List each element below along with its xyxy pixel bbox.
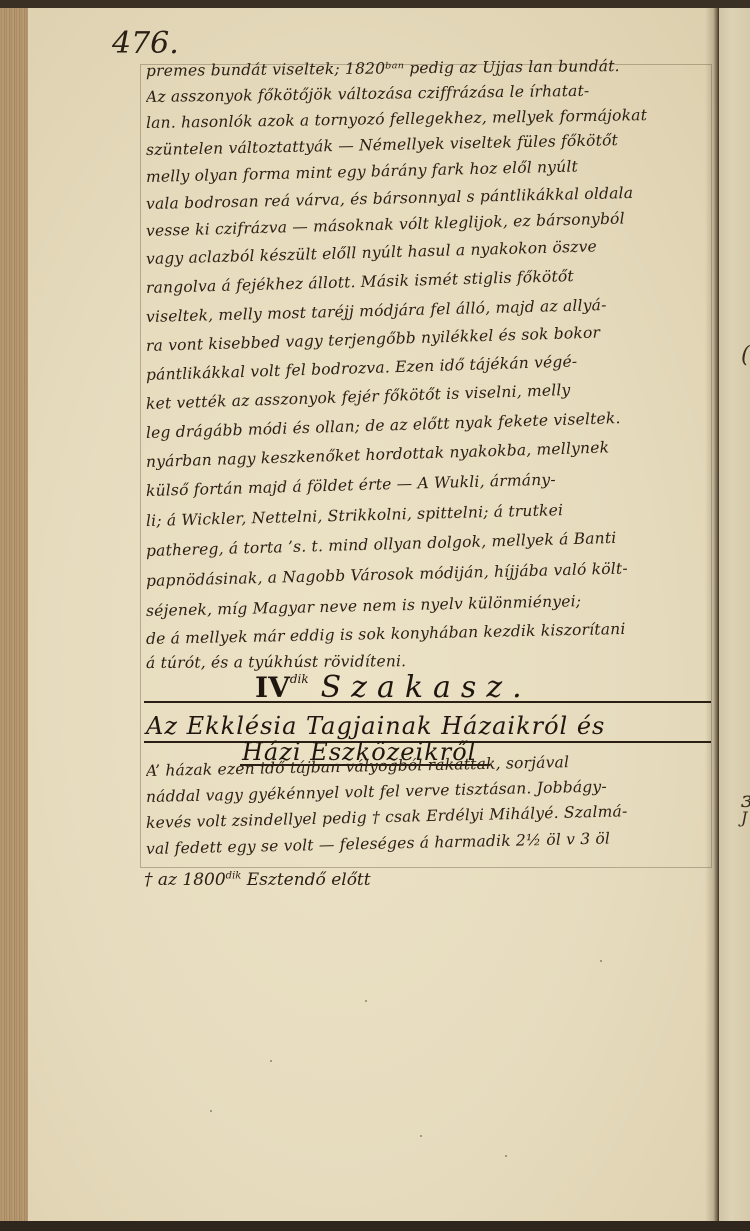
paper-speck: [210, 1110, 212, 1112]
paper-speck: [365, 1000, 367, 1002]
section-number: IV: [255, 671, 290, 704]
facing-page-mark: J: [741, 808, 747, 827]
section-word: Szakasz.: [321, 670, 532, 705]
book-top-edge: [0, 0, 750, 8]
footnote: † az 1800dik Esztendő előtt: [144, 870, 371, 890]
footnote-marker: †: [144, 870, 153, 890]
heading-rule: [144, 701, 711, 703]
facing-page-mark: (: [741, 343, 750, 368]
paper-speck: [600, 960, 602, 962]
paper-speck: [270, 1060, 272, 1062]
paper-speck: [505, 1155, 507, 1157]
section-number-suffix: dik: [290, 672, 309, 686]
footnote-suffix: dik: [226, 870, 242, 881]
section-heading: IVdikSzakasz.: [255, 670, 532, 705]
paper-speck: [420, 1135, 422, 1137]
footnote-text: az 1800: [158, 870, 226, 890]
book-bottom-edge: [0, 1221, 750, 1231]
page-number: 476.: [112, 26, 179, 61]
section-title-line-1: Az Ekklésia Tagjainak Házaikról és: [146, 712, 716, 740]
footnote-text-after: Esztendő előtt: [241, 870, 370, 890]
page-stack-edge: [0, 8, 28, 1221]
facing-page: ( ɜ J: [719, 8, 750, 1221]
